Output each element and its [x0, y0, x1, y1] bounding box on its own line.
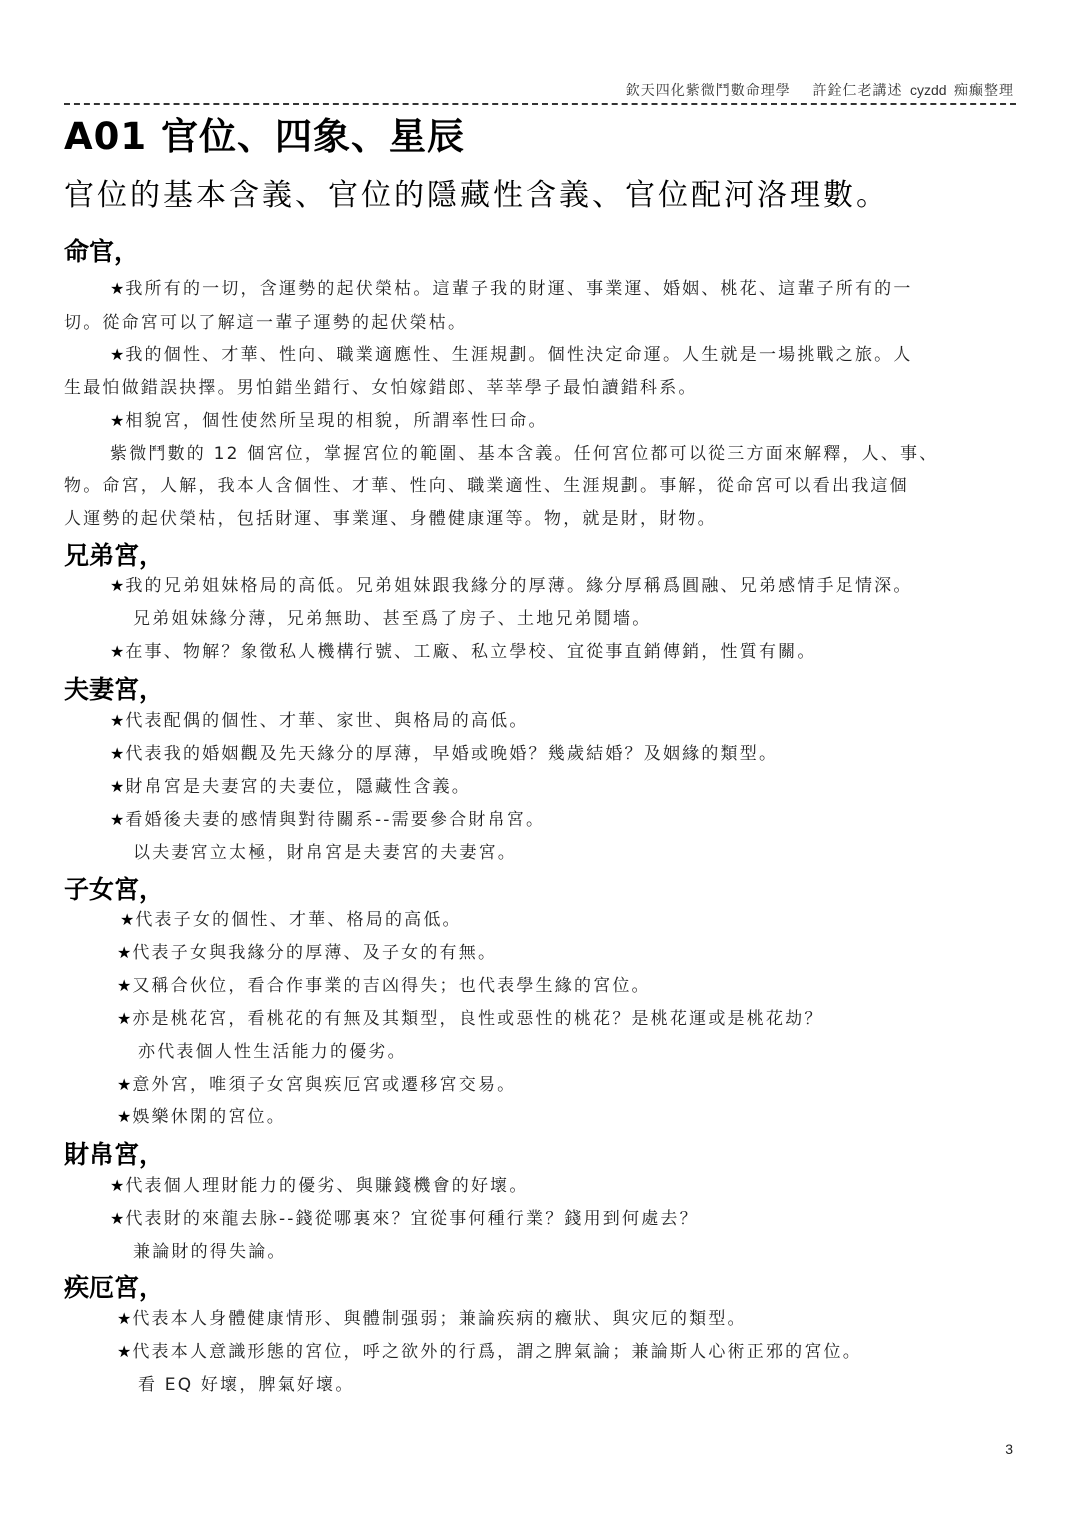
paragraph-line: 紫微鬥數的 12 個宮位，掌握宮位的範圍、基本含義。任何宮位都可以從三方面來解釋… — [110, 443, 938, 465]
paragraph-line: ★我所有的一切，含運勢的起伏榮枯。這輩子我的財運、事業運、婚姻、桃花、這輩子所有… — [110, 278, 913, 300]
line-text: 兼論財的得失論。 — [133, 1242, 287, 1262]
star-icon: ★ — [117, 1075, 131, 1094]
star-icon: ★ — [117, 1342, 131, 1361]
star-icon: ★ — [110, 279, 124, 298]
section-heading-wealth: 財帛宮， — [64, 1135, 164, 1171]
line-text: 意外宮，唯須子女宮與疾厄宮或遷移宮交易。 — [132, 1075, 516, 1095]
line-text: 代表本人身體健康情形、與體制强弱；兼論疾病的癥狀、與灾厄的類型。 — [132, 1309, 746, 1329]
paragraph-line: 兄弟姐妹緣分薄，兄弟無助、甚至爲了房子、土地兄弟鬩墻。 — [133, 608, 651, 630]
line-text: 代表配偶的個性、才華、家世、與格局的高低。 — [125, 711, 528, 731]
star-icon: ★ — [110, 744, 124, 763]
paragraph-line: ★亦是桃花宮，看桃花的有無及其類型，良性或惡性的桃花？是桃花運或是桃花劫？ — [117, 1008, 824, 1030]
line-text: 兄弟姐妹緣分薄，兄弟無助、甚至爲了房子、土地兄弟鬩墻。 — [133, 609, 651, 629]
running-header: 欽天四化紫微鬥數命理學 許銓仁老講述 cyzdd 痴癫整理 — [626, 80, 1014, 100]
line-text: 在事、物解？象徵私人機構行號、工廠、私立學校、宜從事直銷傳銷，性質有關。 — [125, 642, 816, 662]
page-subtitle: 官位的基本含義、官位的隱藏性含義、官位配河洛理數。 — [64, 170, 889, 214]
paragraph-line: ★代表子女的個性、才華、格局的高低。 — [120, 909, 462, 931]
star-icon: ★ — [110, 711, 124, 730]
header-editor: 痴癫整理 — [954, 83, 1014, 99]
paragraph-line: ★代表我的婚姻觀及先天緣分的厚薄，早婚或晚婚？幾歲結婚？及姻緣的類型。 — [110, 743, 778, 765]
line-text: 代表子女的個性、才華、格局的高低。 — [135, 910, 461, 930]
line-text: 我所有的一切，含運勢的起伏榮枯。這輩子我的財運、事業運、婚姻、桃花、這輩子所有的… — [125, 279, 912, 299]
line-text: 亦代表個人性生活能力的優劣。 — [138, 1042, 407, 1062]
line-text: 人運勢的起伏榮枯，包括財運、事業運、身體健康運等。物，就是財，財物。 — [64, 509, 717, 529]
star-icon: ★ — [110, 1209, 124, 1228]
line-text: 我的個性、才華、性向、職業適應性、生涯規劃。個性決定命運。人生就是一場挑戰之旅。… — [125, 345, 912, 365]
star-icon: ★ — [117, 1107, 131, 1126]
paragraph-line: ★意外宮，唯須子女宮與疾厄宮或遷移宮交易。 — [117, 1074, 516, 1096]
paragraph-line: 看 EQ 好壞，脾氣好壞。 — [138, 1374, 355, 1396]
line-text: 代表財的來龍去脉--錢從哪裏來？宜從事何種行業？錢用到何處去？ — [125, 1209, 698, 1229]
line-text: 紫微鬥數的 12 個宮位，掌握宮位的範圍、基本含義。任何宮位都可以從三方面來解釋… — [110, 444, 938, 464]
section-heading-spouse: 夫妻宮， — [64, 670, 164, 706]
star-icon: ★ — [117, 943, 131, 962]
header-lecturer: 許銓仁老講述 — [813, 83, 903, 99]
header-dashed-rule — [64, 103, 1016, 105]
section-heading-health: 疾厄宮， — [64, 1268, 164, 1304]
page-title: A01 官位、四象、星辰 — [64, 106, 465, 160]
line-text: 我的兄弟姐妹格局的高低。兄弟姐妹跟我緣分的厚薄。緣分厚稱爲圓融、兄弟感情手足情深… — [125, 576, 912, 596]
section-heading-ming: 命官， — [64, 232, 139, 268]
paragraph-line: ★代表子女與我緣分的厚薄、及子女的有無。 — [117, 942, 497, 964]
star-icon: ★ — [110, 642, 124, 661]
header-book-title: 欽天四化紫微鬥數命理學 — [626, 83, 791, 99]
star-icon: ★ — [110, 1176, 124, 1195]
paragraph-line: 生最怕做錯誤抉擇。男怕錯坐錯行、女怕嫁錯郎、莘莘學子最怕讀錯科系。 — [64, 377, 698, 399]
paragraph-line: ★代表配偶的個性、才華、家世、與格局的高低。 — [110, 710, 529, 732]
line-text: 物。命宮，人解，我本人含個性、才華、性向、職業適性、生涯規劃。事解，從命宮可以看… — [64, 476, 909, 496]
line-text: 代表本人意識形態的宮位，呼之欲外的行爲，謂之脾氣論；兼論斯人心術正邪的宮位。 — [132, 1342, 862, 1362]
paragraph-line: 物。命宮，人解，我本人含個性、才華、性向、職業適性、生涯規劃。事解，從命宮可以看… — [64, 475, 909, 497]
paragraph-line: ★我的兄弟姐妹格局的高低。兄弟姐妹跟我緣分的厚薄。緣分厚稱爲圓融、兄弟感情手足情… — [110, 575, 913, 597]
star-icon: ★ — [110, 576, 124, 595]
line-text: 又稱合伙位，看合作事業的吉凶得失；也代表學生緣的宮位。 — [132, 976, 650, 996]
paragraph-line: ★相貌宮，個性使然所呈現的相貌，所謂率性曰命。 — [110, 410, 548, 432]
star-icon: ★ — [110, 345, 124, 364]
paragraph-line: ★又稱合伙位，看合作事業的吉凶得失；也代表學生緣的宮位。 — [117, 975, 651, 997]
star-icon: ★ — [117, 1309, 131, 1328]
line-text: 代表個人理財能力的優劣、與賺錢機會的好壞。 — [125, 1176, 528, 1196]
page-number: 3 — [1005, 1441, 1013, 1457]
star-icon: ★ — [117, 976, 131, 995]
paragraph-line: ★娛樂休閑的宮位。 — [117, 1106, 286, 1128]
paragraph-line: ★代表個人理財能力的優劣、與賺錢機會的好壞。 — [110, 1175, 529, 1197]
section-heading-children: 子女宮， — [64, 870, 164, 906]
star-icon: ★ — [120, 910, 134, 929]
line-text: 亦是桃花宮，看桃花的有無及其類型，良性或惡性的桃花？是桃花運或是桃花劫？ — [132, 1009, 823, 1029]
star-icon: ★ — [110, 810, 124, 829]
paragraph-line: 以夫妻宮立太極，財帛宮是夫妻宮的夫妻宮。 — [133, 842, 517, 864]
paragraph-line: ★代表本人身體健康情形、與體制强弱；兼論疾病的癥狀、與灾厄的類型。 — [117, 1308, 747, 1330]
paragraph-line: ★代表本人意識形態的宮位，呼之欲外的行爲，謂之脾氣論；兼論斯人心術正邪的宮位。 — [117, 1341, 862, 1363]
line-text: 相貌宮，個性使然所呈現的相貌，所謂率性曰命。 — [125, 411, 547, 431]
line-text: 代表子女與我緣分的厚薄、及子女的有無。 — [132, 943, 497, 963]
paragraph-line: 兼論財的得失論。 — [133, 1241, 287, 1263]
paragraph-line: 切。從命宮可以了解這一輩子運勢的起伏榮枯。 — [64, 312, 467, 334]
line-text: 娛樂休閑的宮位。 — [132, 1107, 286, 1127]
paragraph-line: ★我的個性、才華、性向、職業適應性、生涯規劃。個性決定命運。人生就是一場挑戰之旅… — [110, 344, 913, 366]
paragraph-line: ★看婚後夫妻的感情與對待關系--需要參合財帛宮。 — [110, 809, 545, 831]
line-text: 代表我的婚姻觀及先天緣分的厚薄，早婚或晚婚？幾歲結婚？及姻緣的類型。 — [125, 744, 778, 764]
paragraph-line: ★在事、物解？象徵私人機構行號、工廠、私立學校、宜從事直銷傳銷，性質有關。 — [110, 641, 817, 663]
line-text: 看婚後夫妻的感情與對待關系--需要參合財帛宮。 — [125, 810, 545, 830]
star-icon: ★ — [110, 411, 124, 430]
paragraph-line: 亦代表個人性生活能力的優劣。 — [138, 1041, 407, 1063]
line-text: 看 EQ 好壞，脾氣好壞。 — [138, 1375, 355, 1395]
line-text: 以夫妻宮立太極，財帛宮是夫妻宮的夫妻宮。 — [133, 843, 517, 863]
star-icon: ★ — [110, 777, 124, 796]
paragraph-line: ★財帛宮是夫妻宮的夫妻位，隱藏性含義。 — [110, 776, 471, 798]
line-text: 切。從命宮可以了解這一輩子運勢的起伏榮枯。 — [64, 313, 467, 333]
star-icon: ★ — [117, 1009, 131, 1028]
paragraph-line: 人運勢的起伏榮枯，包括財運、事業運、身體健康運等。物，就是財，財物。 — [64, 508, 717, 530]
section-heading-siblings: 兄弟宮， — [64, 536, 164, 572]
line-text: 生最怕做錯誤抉擇。男怕錯坐錯行、女怕嫁錯郎、莘莘學子最怕讀錯科系。 — [64, 378, 698, 398]
header-brand: cyzdd — [910, 82, 947, 98]
line-text: 財帛宮是夫妻宮的夫妻位，隱藏性含義。 — [125, 777, 471, 797]
paragraph-line: ★代表財的來龍去脉--錢從哪裏來？宜從事何種行業？錢用到何處去？ — [110, 1208, 699, 1230]
